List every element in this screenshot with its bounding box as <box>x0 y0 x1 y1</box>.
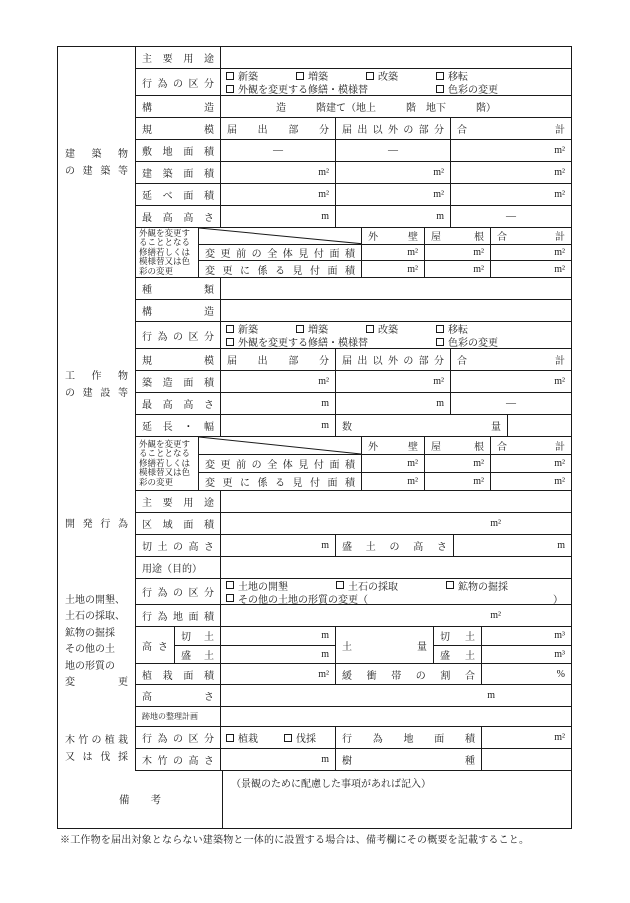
fill-height-m-input-cell[interactable]: m <box>221 646 335 664</box>
facade-change-wall-cell[interactable]: m² <box>362 261 425 277</box>
label-soil-volume: 土 量 <box>336 638 433 653</box>
remarks-input-cell[interactable]: （景観のために配慮した事項があれば記入） <box>223 771 571 828</box>
facade-before-total-cell[interactable]: m² <box>491 245 571 261</box>
checkbox-soil-extraction[interactable] <box>336 581 344 589</box>
row-workpiece-kind: 種 類 <box>136 278 571 300</box>
section-land: 土地の開墾、 土石の採取、 鉱物の掘採 その他の土 地の形質の 変 更 用途（目… <box>58 557 571 727</box>
wp-facade-change-total-cell[interactable]: m² <box>491 473 571 490</box>
wp-facade-before-row: 変 更 前 の 全 体 見 付 面 積 m² m² m² <box>199 455 571 473</box>
row-tree-height: 木 竹 の 高 さ m 樹 種 <box>136 749 571 771</box>
label-buffer-ratio: 緩 衝 帯 の 割 合 <box>336 667 481 682</box>
row-building-main-use: 主 要 用 途 <box>136 47 571 69</box>
building-structure-input-cell[interactable]: 造 階建て（地上 階 地下 階） <box>221 96 571 117</box>
dev-main-use-input-cell[interactable] <box>221 491 571 512</box>
row-workpiece-max-height: 最 高 高 さ m m — <box>136 393 571 415</box>
row-land-act-area: 行 為 地 面 積 m² <box>136 605 571 627</box>
max-height-notified-cell[interactable]: m <box>221 206 336 227</box>
checkbox-extension[interactable] <box>296 72 304 80</box>
max-height-total-cell: — <box>451 206 571 227</box>
facade-before-wall-cell[interactable]: m² <box>362 245 425 261</box>
remarks-label: 備 考 <box>58 771 223 828</box>
zone-area-input-cell[interactable]: m² <box>221 513 571 534</box>
site-area-total-cell[interactable]: m² <box>451 140 571 161</box>
label-category: 行 為 の 区 分 <box>136 75 220 90</box>
built-area-total-cell[interactable]: m² <box>451 371 571 392</box>
row-land-height: 高 さ m <box>136 685 571 707</box>
site-plan-input-cell[interactable] <box>221 707 571 726</box>
species-input-cell[interactable] <box>482 749 571 770</box>
row-building-category: 行 為 の 区 分 新築 増築 改築 移転 外観を変更する修繕・模様替 色彩の変… <box>136 69 571 96</box>
row-floor-area: 延 べ 面 積 m² m² m² <box>136 184 571 206</box>
wp-facade-block-label: 外観を変更す ることとなる 修繕若しくは 模様替又は色 彩の変更 <box>136 437 199 490</box>
checkbox-land-cultivation[interactable] <box>226 581 234 589</box>
floor-area-notified-cell[interactable]: m² <box>221 184 336 205</box>
checkbox-wp-rebuild[interactable] <box>366 325 374 333</box>
section-workpiece-label: 工 作 物 の 建 設 等 <box>58 278 136 491</box>
wp-max-height-other-cell[interactable]: m <box>336 393 451 414</box>
notification-form-page: 建 築 物 の 建 築 等 主 要 用 途 行 為 の 区 分 新築 増築 改築 <box>0 0 630 903</box>
checkbox-wp-exterior-repair[interactable] <box>226 338 234 346</box>
checkbox-relocation[interactable] <box>436 72 444 80</box>
fill-volume-input-cell[interactable]: m³ <box>482 646 571 664</box>
diagonal-cell <box>199 228 362 244</box>
other-land-change-close-paren: ） <box>553 591 571 606</box>
section-land-label: 土地の開墾、 土石の採取、 鉱物の掘採 その他の土 地の形質の 変 更 <box>58 557 136 727</box>
row-workpiece-category: 行 為 の 区 分 新築 増築 改築 移転 外観を変更する修繕・模様替 色彩の変… <box>136 322 571 349</box>
checkbox-wp-extension[interactable] <box>296 325 304 333</box>
cut-height-input-cell[interactable]: m <box>221 535 336 556</box>
section-remarks: 備 考 （景観のために配慮した事項があれば記入） <box>58 771 571 828</box>
facade-before-row: 変 更 前 の 全 体 見 付 面 積 m² m² m² <box>199 245 571 262</box>
row-planting-area: 植 栽 面 積 m² 緩 衝 帯 の 割 合 % <box>136 664 571 685</box>
trees-act-area-input-cell[interactable]: m² <box>482 727 571 748</box>
col-wall: 外 壁 <box>362 228 424 243</box>
diagonal-line-icon <box>199 228 361 244</box>
wp-diagonal-cell <box>199 437 362 454</box>
row-building-max-height: 最 高 高 さ m m — <box>136 206 571 228</box>
checkbox-wp-new[interactable] <box>226 325 234 333</box>
row-site-plan: 跡地の整理計画 <box>136 707 571 727</box>
wp-facade-before-wall-cell[interactable]: m² <box>362 455 425 472</box>
wp-max-height-notified-cell[interactable]: m <box>221 393 336 414</box>
facade-change-roof-cell[interactable]: m² <box>425 261 491 277</box>
wp-facade-before-total-cell[interactable]: m² <box>491 455 571 472</box>
fill-height-input-cell[interactable]: m <box>454 535 571 556</box>
land-act-area-input-cell[interactable]: m² <box>221 605 571 626</box>
workpiece-kind-input-cell[interactable] <box>221 278 571 299</box>
section-building: 建 築 物 の 建 築 等 主 要 用 途 行 為 の 区 分 新築 増築 改築 <box>58 47 571 278</box>
row-cut-fill-height: 切 土 の 高 さ m 盛 土 の 高 さ m <box>136 535 571 557</box>
row-length-width: 延 長 ・ 幅 m 数 量 <box>136 415 571 437</box>
max-height-other-cell[interactable]: m <box>336 206 451 227</box>
wp-facade-change-row: 変 更 に 係 る 見 付 面 積 m² m² m² <box>199 473 571 490</box>
tree-height-input-cell[interactable]: m <box>221 749 336 770</box>
length-width-input-cell[interactable]: m <box>221 415 336 436</box>
facade-block-label: 外観を変更す ることとなる 修繕若しくは 模様替又は色 彩の変更 <box>136 228 199 277</box>
checkbox-planting[interactable] <box>226 734 234 742</box>
checkbox-rebuild[interactable] <box>366 72 374 80</box>
land-purpose-input-cell[interactable] <box>221 557 571 578</box>
col-facade-total: 合 計 <box>491 228 571 243</box>
diagonal-line-icon <box>199 437 361 454</box>
checkbox-new-construction[interactable] <box>226 72 234 80</box>
row-built-area: 築 造 面 積 m² m² m² <box>136 371 571 393</box>
row-site-area: 敷 地 面 積 — — m² <box>136 140 571 162</box>
form-table: 建 築 物 の 建 築 等 主 要 用 途 行 為 の 区 分 新築 増築 改築 <box>57 46 572 829</box>
buffer-ratio-input-cell[interactable]: % <box>482 664 571 684</box>
section-trees: 木竹の植栽 又 は 伐 採 行 為 の 区 分 植栽 伐採 行 為 地 面 積 … <box>58 727 571 771</box>
checkbox-mineral-mining[interactable] <box>446 581 454 589</box>
col-other-part: 届 出 以 外 の 部 分 <box>336 121 450 136</box>
cut-volume-input-cell[interactable]: m³ <box>482 627 571 646</box>
label-fill: 盛 土 <box>175 647 220 662</box>
row-building-area: 建 築 面 積 m² m² m² <box>136 162 571 184</box>
label-species: 樹 種 <box>336 752 481 767</box>
label-trees-act-area: 行 為 地 面 積 <box>336 730 481 745</box>
remarks-hint: （景観のために配慮した事項があれば記入） <box>231 779 431 790</box>
section-development-label: 開 発 行 為 <box>58 491 136 557</box>
label-fill-height: 盛 土 の 高 さ <box>336 538 453 553</box>
workpiece-facade-block: 外観を変更す ることとなる 修繕若しくは 模様替又は色 彩の変更 外 壁 屋 根 <box>136 437 571 491</box>
building-main-use-input-cell[interactable] <box>221 47 571 68</box>
label-quantity: 数 量 <box>336 418 507 433</box>
section-trees-label: 木竹の植栽 又 は 伐 採 <box>58 727 136 771</box>
col-total: 合 計 <box>451 121 571 136</box>
building-area-total-cell[interactable]: m² <box>451 162 571 183</box>
floor-area-other-cell[interactable]: m² <box>336 184 451 205</box>
checkbox-wp-color-change[interactable] <box>436 338 444 346</box>
label-cut: 切 土 <box>175 628 220 643</box>
facade-change-row: 変 更 に 係 る 見 付 面 積 m² m² m² <box>199 261 571 277</box>
workpiece-structure-input-cell[interactable] <box>221 300 571 321</box>
row-trees-category: 行 為 の 区 分 植栽 伐採 行 為 地 面 積 m² <box>136 727 571 749</box>
site-area-notified-cell: — <box>221 140 336 161</box>
building-facade-block: 外観を変更す ることとなる 修繕若しくは 模様替又は色 彩の変更 外 壁 屋 根 <box>136 228 571 278</box>
row-height-soil-volume: 高 さ 切 土 盛 土 m m 土 量 切 土 盛 土 m <box>136 627 571 664</box>
row-land-category: 行 為 の 区 分 土地の開墾 土石の採取 鉱物の掘採 その他の土地の形質の変更… <box>136 579 571 605</box>
section-workpiece: 工 作 物 の 建 設 等 種 類 構 造 行 為 の 区 分 新築 <box>58 278 571 491</box>
checkbox-other-land-change[interactable] <box>226 594 234 602</box>
label-scale: 規 模 <box>136 121 220 136</box>
wp-facade-change-wall-cell[interactable]: m² <box>362 473 425 490</box>
checkbox-wp-relocation[interactable] <box>436 325 444 333</box>
row-building-structure: 構 造 造 階建て（地上 階 地下 階） <box>136 96 571 118</box>
facade-before-roof-cell[interactable]: m² <box>425 245 491 261</box>
col-roof: 屋 根 <box>425 228 490 243</box>
facade-header-row: 外 壁 屋 根 合 計 <box>199 228 571 245</box>
col-notified-part: 届 出 部 分 <box>221 121 335 136</box>
wp-facade-change-roof-cell[interactable]: m² <box>425 473 491 490</box>
land-height-input-cell[interactable]: m <box>221 685 571 706</box>
built-area-notified-cell[interactable]: m² <box>221 371 336 392</box>
checkbox-color-change[interactable] <box>436 85 444 93</box>
wp-facade-before-roof-cell[interactable]: m² <box>425 455 491 472</box>
row-land-purpose: 用途（目的） <box>136 557 571 579</box>
footnote: ※工作物を届出対象とならない建築物と一体的に設置する場合は、備考欄にその概要を記… <box>60 831 529 846</box>
floor-area-total-cell[interactable]: m² <box>451 184 571 205</box>
section-development: 開 発 行 為 主 要 用 途 区 域 面 積 m² 切 土 の 高 さ m 盛… <box>58 491 571 557</box>
wp-max-height-total-cell: — <box>451 393 571 414</box>
row-workpiece-structure: 構 造 <box>136 300 571 322</box>
checkbox-felling[interactable] <box>284 734 292 742</box>
quantity-input-cell[interactable] <box>508 415 571 436</box>
label-structure: 構 造 <box>136 99 220 114</box>
row-dev-main-use: 主 要 用 途 <box>136 491 571 513</box>
checkbox-exterior-repair[interactable] <box>226 85 234 93</box>
building-area-notified-cell[interactable]: m² <box>221 162 336 183</box>
wp-facade-header-row: 外 壁 屋 根 合 計 <box>199 437 571 455</box>
label-main-use: 主 要 用 途 <box>136 50 220 65</box>
cut-height-m-input-cell[interactable]: m <box>221 627 335 646</box>
row-workpiece-scale-header: 規 模 届 出 部 分 届 出 以 外 の 部 分 合 計 <box>136 349 571 371</box>
building-area-other-cell[interactable]: m² <box>336 162 451 183</box>
built-area-other-cell[interactable]: m² <box>336 371 451 392</box>
row-building-scale-header: 規 模 届 出 部 分 届 出 以 外 の 部 分 合 計 <box>136 118 571 140</box>
planting-area-input-cell[interactable]: m² <box>221 664 336 684</box>
label-height: 高 さ <box>136 638 174 653</box>
section-building-label: 建 築 物 の 建 築 等 <box>58 47 136 278</box>
facade-change-total-cell[interactable]: m² <box>491 261 571 277</box>
site-area-other-cell: — <box>336 140 451 161</box>
row-zone-area: 区 域 面 積 m² <box>136 513 571 535</box>
